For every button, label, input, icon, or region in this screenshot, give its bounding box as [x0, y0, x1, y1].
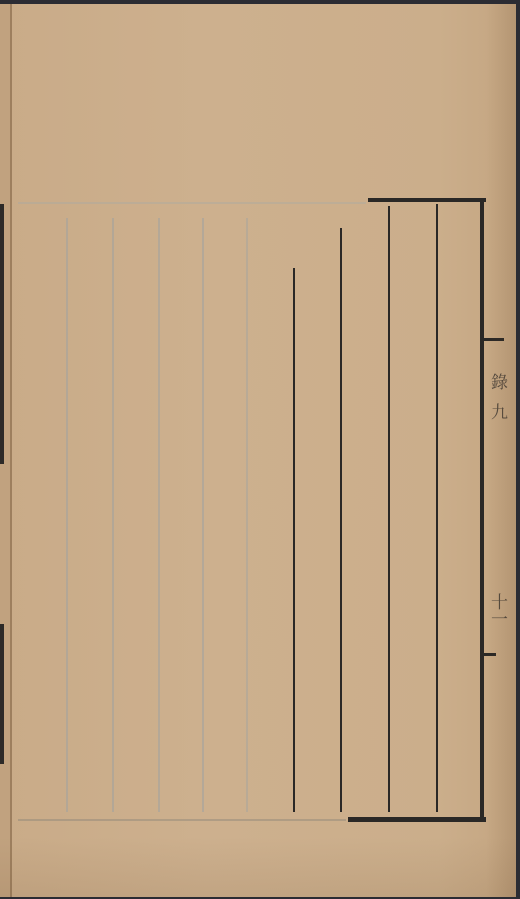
- adjacent-page-edge: [0, 4, 12, 897]
- page-edge-shading: [486, 4, 516, 897]
- column-rule: [436, 204, 438, 812]
- fold-rule: [480, 198, 484, 822]
- page-bottom-shading: [0, 837, 516, 897]
- column-rule: [158, 218, 160, 812]
- adjacent-page-ink: [0, 624, 4, 764]
- scanned-page: 錄 九 十一: [0, 4, 516, 897]
- frame-top-border-ghost: [18, 202, 366, 204]
- column-rule: [293, 268, 295, 812]
- column-rule: [66, 218, 68, 812]
- column-rule: [340, 228, 342, 812]
- frame-bottom-border-ghost: [18, 819, 346, 821]
- column-rule: [246, 218, 248, 812]
- column-rule: [112, 218, 114, 812]
- column-rule: [388, 206, 390, 812]
- print-frame: [18, 198, 486, 822]
- column-rule: [202, 218, 204, 812]
- adjacent-page-ink: [0, 204, 4, 464]
